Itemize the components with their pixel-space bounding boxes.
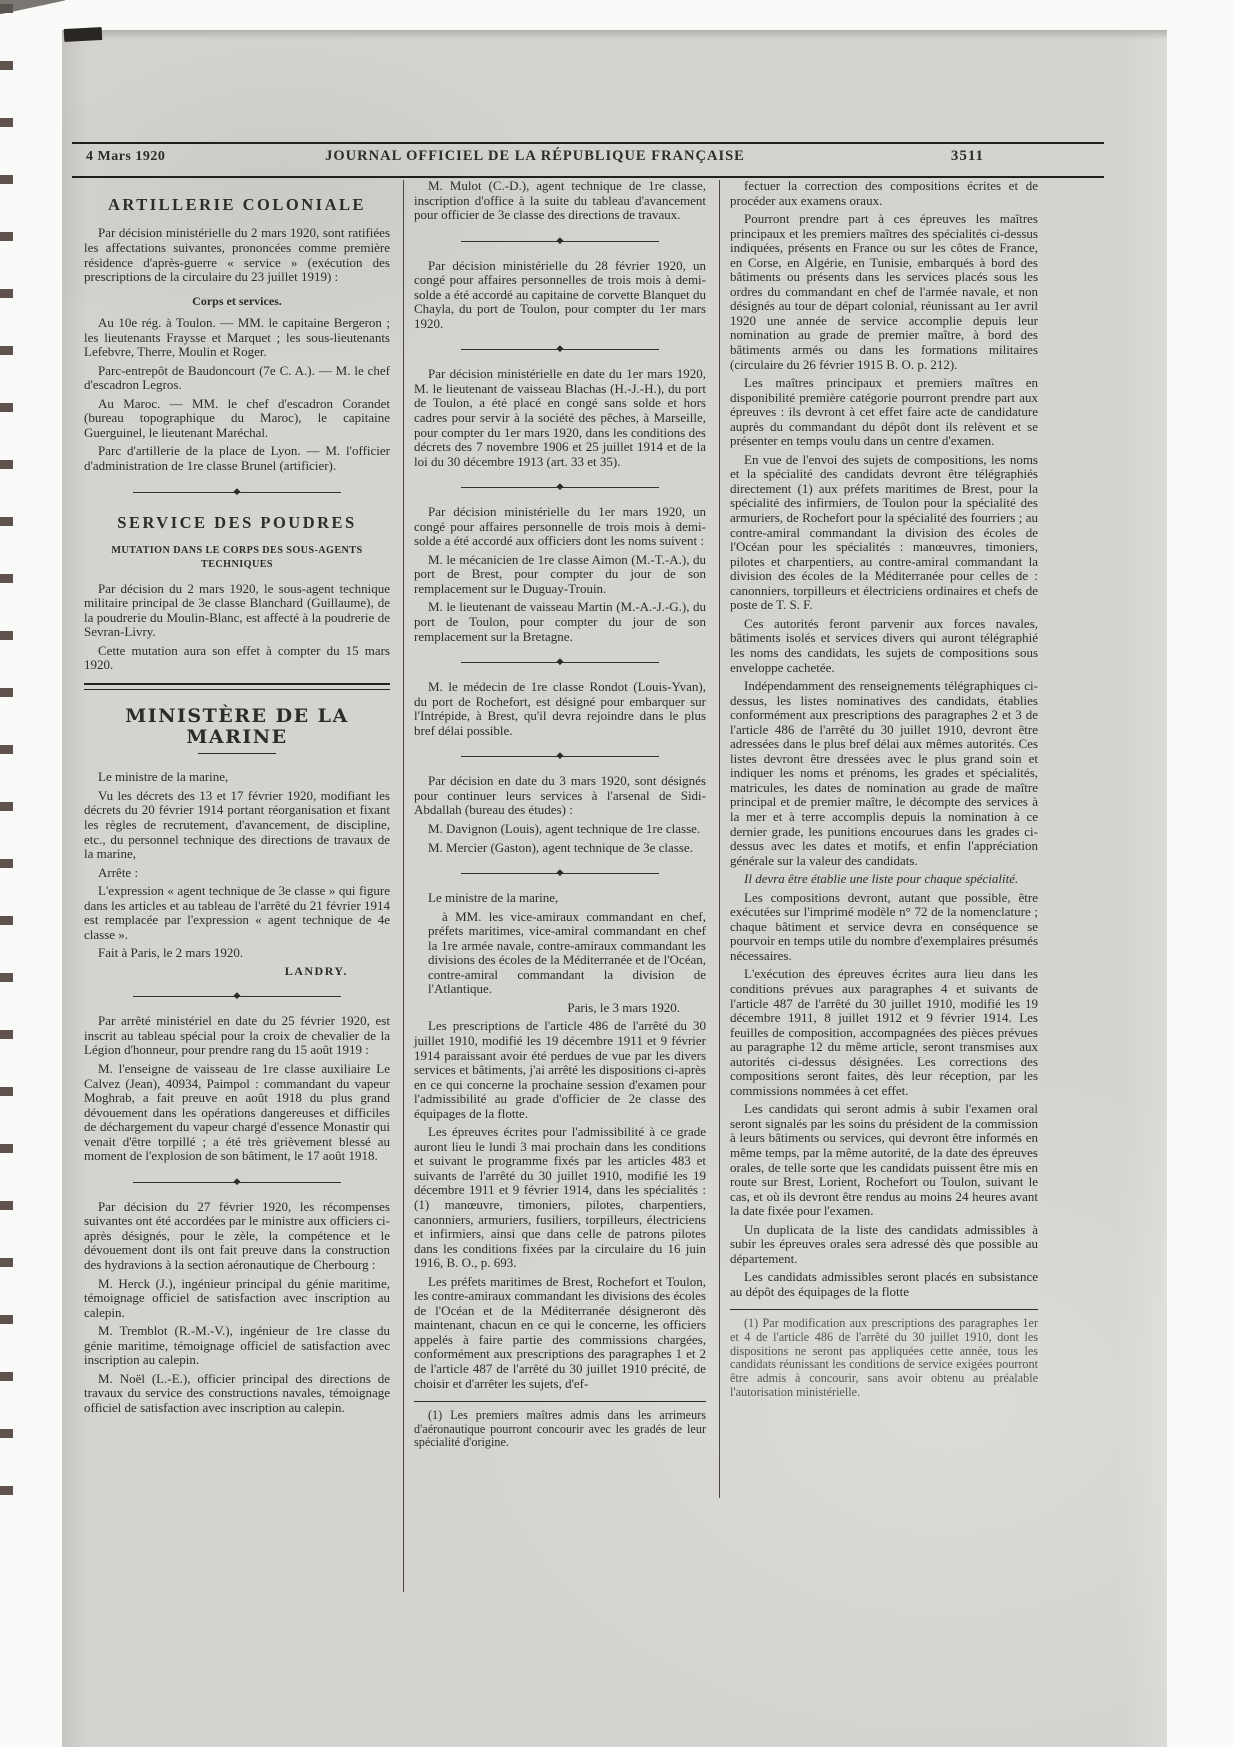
paragraph: Au 10e rég. à Toulon. — MM. le capitaine… bbox=[84, 316, 390, 360]
paragraph: Par décision ministérielle en date du 1e… bbox=[414, 367, 706, 469]
masthead-rule-top bbox=[72, 142, 1104, 144]
paragraph: Parc d'artillerie de la place de Lyon. —… bbox=[84, 444, 390, 473]
paragraph: Les épreuves écrites pour l'admissibilit… bbox=[414, 1125, 706, 1270]
ministry-heading: MINISTÈRE DE LA MARINE bbox=[84, 706, 390, 749]
article-divider bbox=[84, 1175, 390, 1190]
article-divider bbox=[414, 342, 706, 357]
paragraph: Par décision ministérielle du 2 mars 192… bbox=[84, 226, 390, 284]
paragraph: M. Davignon (Louis), agent technique de … bbox=[414, 822, 706, 837]
paragraph: Au Maroc. — MM. le chef d'escadron Coran… bbox=[84, 397, 390, 441]
ink-blot-artifact bbox=[64, 27, 103, 42]
paper-top-shadow bbox=[62, 30, 1167, 40]
paragraph: M. Tremblot (R.-M.-V.), ingénieur de 1re… bbox=[84, 1324, 390, 1368]
column-3: fectuer la correction des compositions é… bbox=[730, 179, 1038, 1403]
article-divider bbox=[414, 480, 706, 495]
paragraph: M. l'enseigne de vaisseau de 1re classe … bbox=[84, 1062, 390, 1164]
paragraph: Vu les décrets des 13 et 17 février 1920… bbox=[84, 789, 390, 862]
address-block: à MM. les vice-amiraux commandant en che… bbox=[414, 910, 706, 997]
paragraph: Les préfets maritimes de Brest, Rochefor… bbox=[414, 1275, 706, 1391]
column-1: ARTILLERIE COLONIALE Par décision minist… bbox=[84, 182, 390, 1420]
paragraph: Indépendamment des renseignements télégr… bbox=[730, 679, 1038, 868]
article-divider bbox=[84, 485, 390, 500]
column-separator-2 bbox=[719, 180, 720, 1498]
paragraph: Par décision ministérielle du 1er mars 1… bbox=[414, 505, 706, 549]
paragraph: Ces autorités feront parvenir aux forces… bbox=[730, 617, 1038, 675]
masthead: 4 Mars 1920 JOURNAL OFFICIEL DE LA RÉPUB… bbox=[72, 148, 1104, 165]
article-divider bbox=[414, 234, 706, 249]
paragraph: M. le médecin de 1re classe Rondot (Loui… bbox=[414, 680, 706, 738]
article-divider bbox=[414, 655, 706, 670]
footnote: (1) Par modification aux prescriptions d… bbox=[730, 1317, 1038, 1399]
paragraph: Arrête : bbox=[84, 866, 390, 881]
paragraph: Par arrêté ministériel en date du 25 fév… bbox=[84, 1014, 390, 1058]
paragraph: Par décision du 2 mars 1920, le sous-age… bbox=[84, 582, 390, 640]
paragraph: M. Mulot (C.-D.), agent technique de 1re… bbox=[414, 179, 706, 223]
paragraph: Cette mutation aura son effet à compter … bbox=[84, 644, 390, 673]
footnote: (1) Les premiers maîtres admis dans les … bbox=[414, 1409, 706, 1450]
footnote-rule bbox=[414, 1401, 706, 1402]
paragraph: Le ministre de la marine, bbox=[414, 891, 706, 906]
page-number: 3511 bbox=[764, 148, 1104, 165]
article-heading: SERVICE DES POUDRES bbox=[84, 514, 390, 532]
paragraph: Par décision en date du 3 mars 1920, son… bbox=[414, 774, 706, 818]
paragraph: En vue de l'envoi des sujets de composit… bbox=[730, 453, 1038, 613]
paragraph: Par décision du 27 février 1920, les réc… bbox=[84, 1200, 390, 1273]
heading-underline bbox=[198, 753, 276, 754]
paragraph: Fait à Paris, le 2 mars 1920. bbox=[84, 946, 390, 961]
dateline: Paris, le 3 mars 1920. bbox=[414, 1001, 706, 1016]
paragraph: fectuer la correction des compositions é… bbox=[730, 179, 1038, 208]
paragraph: L'exécution des épreuves écrites aura li… bbox=[730, 967, 1038, 1098]
paragraph: Un duplicata de la liste des candidats a… bbox=[730, 1223, 1038, 1267]
newspaper-page: 4 Mars 1920 JOURNAL OFFICIEL DE LA RÉPUB… bbox=[62, 30, 1167, 1747]
footnote-rule bbox=[730, 1309, 1038, 1310]
paragraph: M. Noël (L.-E.), officier principal des … bbox=[84, 1372, 390, 1416]
paragraph: Pourront prendre part à ces épreuves les… bbox=[730, 212, 1038, 372]
signature: LANDRY. bbox=[84, 965, 390, 978]
scan-edge-ticks bbox=[0, 4, 13, 1524]
section-rule bbox=[84, 683, 390, 690]
paragraph: Par décision ministérielle du 28 février… bbox=[414, 259, 706, 332]
paragraph: Les prescriptions de l'article 486 de l'… bbox=[414, 1019, 706, 1121]
paragraph: Il devra être établie une liste pour cha… bbox=[730, 872, 1038, 887]
paragraph: Les candidats admissibles seront placés … bbox=[730, 1270, 1038, 1299]
paragraph: M. Herck (J.), ingénieur principal du gé… bbox=[84, 1277, 390, 1321]
article-heading: ARTILLERIE COLONIALE bbox=[84, 196, 390, 214]
paragraph: M. le lieutenant de vaisseau Martin (M.-… bbox=[414, 600, 706, 644]
sub-heading: MUTATION DANS LE CORPS DES SOUS-AGENTS T… bbox=[102, 544, 372, 572]
article-divider bbox=[414, 866, 706, 881]
journal-title: JOURNAL OFFICIEL DE LA RÉPUBLIQUE FRANÇA… bbox=[306, 148, 764, 165]
paragraph: Les maîtres principaux et premiers maîtr… bbox=[730, 376, 1038, 449]
paragraph: M. Mercier (Gaston), agent technique de … bbox=[414, 841, 706, 856]
column-2: M. Mulot (C.-D.), agent technique de 1re… bbox=[414, 179, 706, 1454]
paragraph: Le ministre de la marine, bbox=[84, 770, 390, 785]
paragraph: L'expression « agent technique de 3e cla… bbox=[84, 884, 390, 942]
issue-date: 4 Mars 1920 bbox=[72, 149, 306, 165]
column-separator-1 bbox=[403, 180, 404, 1592]
sub-heading: Corps et services. bbox=[84, 295, 390, 308]
paragraph: Les compositions devront, autant que pos… bbox=[730, 891, 1038, 964]
article-divider bbox=[84, 989, 390, 1004]
paragraph: Parc-entrepôt de Baudoncourt (7e C. A.).… bbox=[84, 364, 390, 393]
paragraph: M. le mécanicien de 1re classe Aimon (M.… bbox=[414, 553, 706, 597]
paragraph: Les candidats qui seront admis à subir l… bbox=[730, 1102, 1038, 1218]
article-divider bbox=[414, 749, 706, 764]
